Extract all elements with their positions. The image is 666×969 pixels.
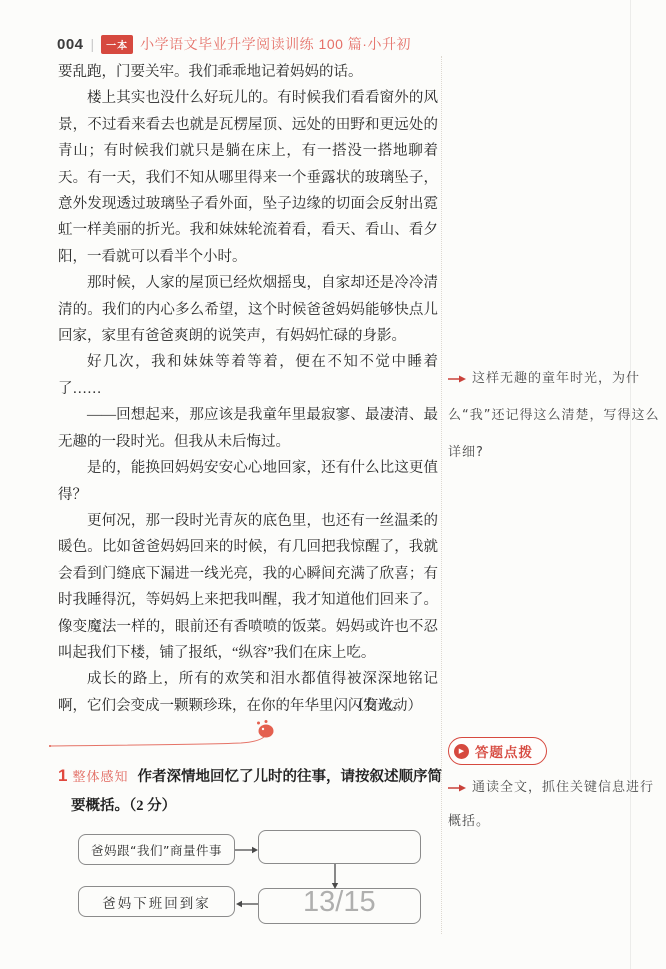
brand-badge: 一本 [101, 35, 133, 54]
article-attribution: （有改动） [58, 694, 438, 715]
right-arrow-icon [448, 375, 466, 383]
question-tag: 整体感知 [72, 769, 128, 784]
article-paragraph: ——回想起来，那应该是我童年里最寂寥、最凄清、最无趣的一段时光。但我从未后悔过。 [58, 402, 438, 455]
article-body: 要乱跑，门要关牢。我们乖乖地记着妈妈的话。楼上其实也没什么好玩儿的。有时候我们看… [58, 59, 438, 719]
tip-note-text: 通读全文，抓住关键信息进行概括。 [448, 780, 654, 829]
book-title: 小学语文毕业升学阅读训练 100 篇·小升初 [140, 34, 411, 54]
tip-badge: ▶ 答题点拨 [448, 737, 547, 765]
margin-note-text: 这样无趣的童年时光，为什么“我”还记得这么清楚，写得这么详细? [448, 371, 659, 460]
article-paragraph: 楼上其实也没什么好玩儿的。有时候我们看看窗外的风景，不过看来看去也就是瓦楞屋顶、… [58, 85, 438, 270]
article-paragraph: 好几次，我和妹妹等着等着，便在不知不觉中睡着了…… [58, 349, 438, 402]
right-arrow-icon [448, 784, 466, 792]
question-number: 1 [58, 766, 67, 785]
flowchart-box-1: 爸妈跟“我们”商量件事 [78, 834, 235, 865]
tip-note: 通读全文，抓住关键信息进行概括。 [448, 771, 660, 839]
page-indicator: 13/15 [303, 886, 376, 919]
play-circle-icon: ▶ [454, 744, 469, 759]
page-header: 004 | 一本 小学语文毕业升学阅读训练 100 篇·小升初 [57, 34, 411, 54]
section-divider [45, 719, 283, 753]
article-paragraph: 要乱跑，门要关牢。我们乖乖地记着妈妈的话。 [58, 59, 438, 85]
flowchart-box-4: 爸妈下班回到家 [78, 886, 235, 917]
margin-note: 这样无趣的童年时光，为什么“我”还记得这么清楚，写得这么详细? [448, 360, 660, 471]
page-number: 004 [57, 36, 84, 53]
question-block: 1整体感知作者深情地回忆了儿时的往事，请按叙述顺序简要概括。（2 分） [58, 762, 455, 820]
panda-icon [257, 720, 274, 738]
header-divider: | [91, 36, 95, 52]
article-paragraph: 是的，能换回妈妈安安心心地回家，还有什么比这更值得？ [58, 455, 438, 508]
answer-flowchart: 爸妈跟“我们”商量件事 爸妈下班回到家 [58, 826, 440, 934]
flowchart-box-2-blank [258, 830, 421, 864]
article-paragraph: 更何况，那一段时光青灰的底色里，也还有一丝温柔的暖色。比如爸爸妈妈回来的时候，有… [58, 508, 438, 666]
tip-badge-label: 答题点拨 [475, 741, 533, 761]
article-paragraph: 那时候，人家的屋顶已经炊烟摇曳，自家却还是冷冷清清的。我们的内心多么希望，这个时… [58, 270, 438, 349]
